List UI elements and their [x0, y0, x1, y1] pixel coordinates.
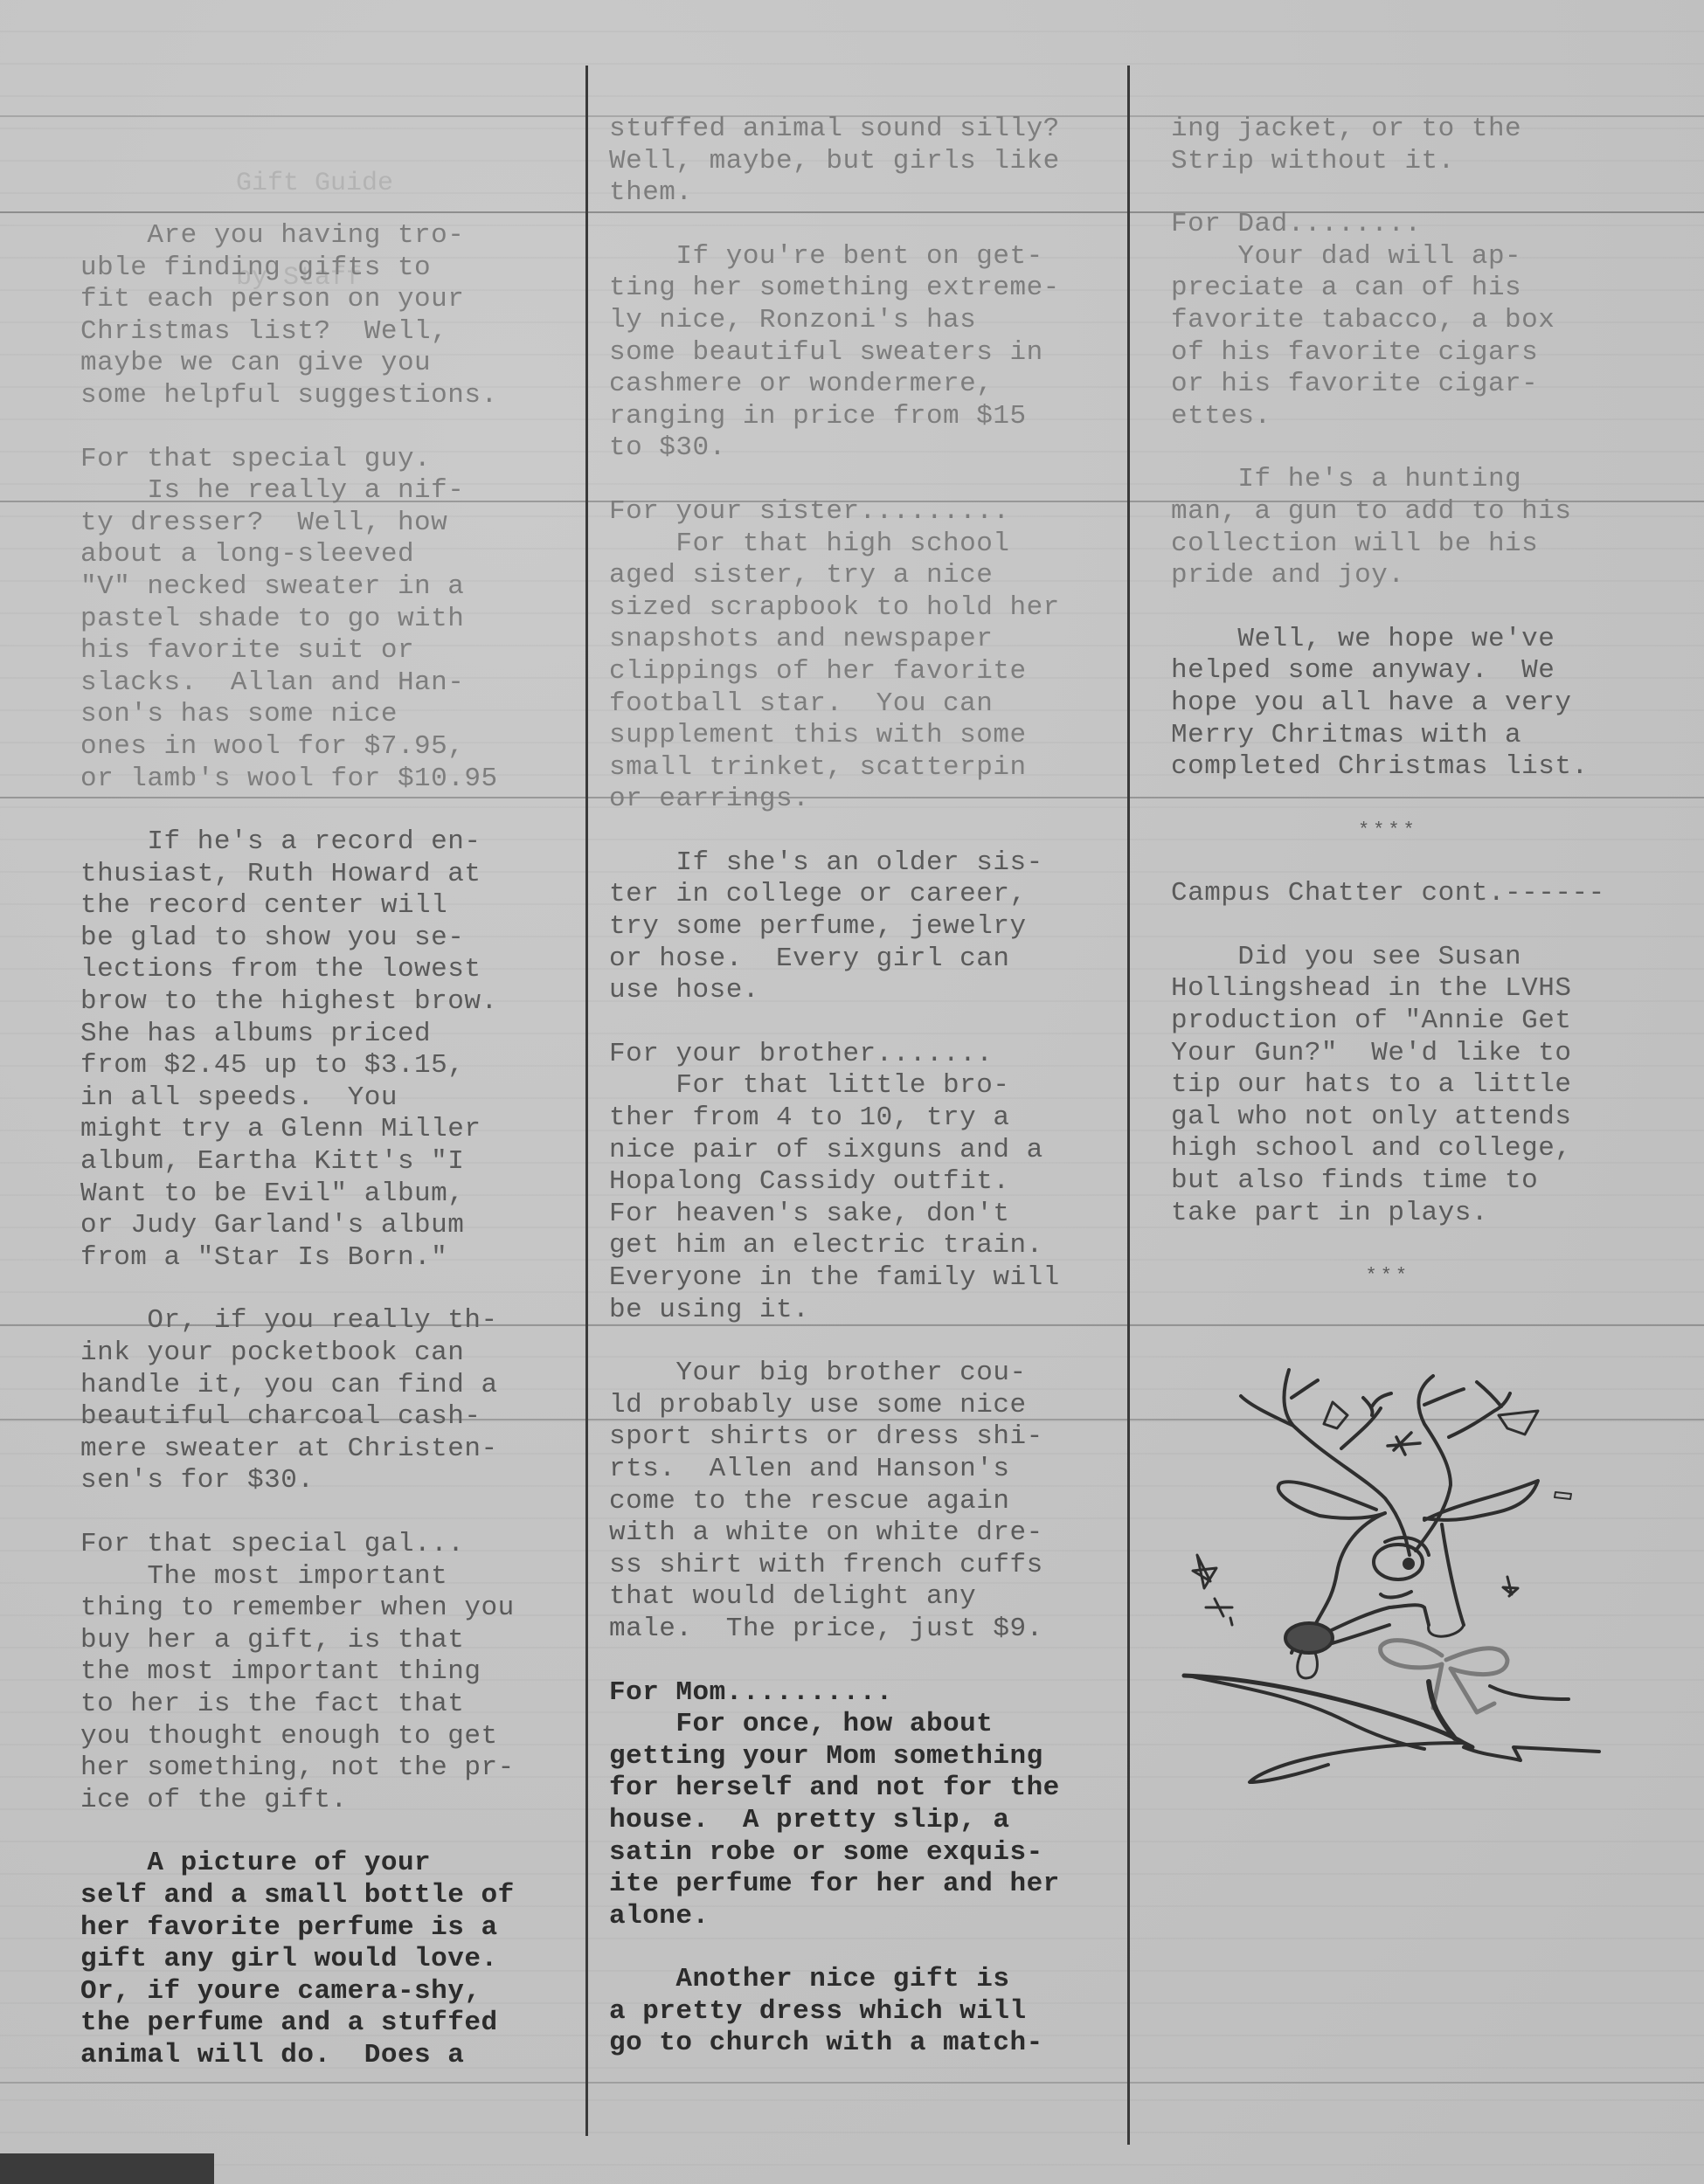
- paragraph: For Mom.......... For once, how aboutget…: [609, 1677, 1060, 1933]
- paragraph: Your big brother cou-ld probably use som…: [609, 1358, 1060, 1645]
- paragraph: stuffed animal sound silly?Well, maybe, …: [609, 114, 1060, 210]
- section-separator: ****: [1171, 815, 1605, 847]
- text-line: thing to remember when you: [80, 1593, 515, 1625]
- paragraph: If you're bent on get-ting her something…: [609, 241, 1060, 465]
- text-line: ly nice, Ronzoni's has: [609, 305, 1060, 337]
- scan-edge-mark: [0, 2153, 214, 2184]
- text-line: For that high school: [609, 529, 1060, 561]
- text-line: pride and joy.: [1171, 560, 1605, 592]
- tongue-icon: [1298, 1651, 1318, 1678]
- text-line: take part in plays.: [1171, 1198, 1605, 1230]
- text-line: handle it, you can find a: [80, 1370, 515, 1402]
- text-line: Want to be Evil" album,: [80, 1178, 515, 1211]
- text-line: Merry Chritmas with a: [1171, 720, 1605, 752]
- text-line: For once, how about: [609, 1709, 1060, 1741]
- text-line: ter in college or career,: [609, 879, 1060, 911]
- text-line: gal who not only attends: [1171, 1102, 1605, 1134]
- text-line: completed Christmas list.: [1171, 751, 1605, 784]
- text-line: or his favorite cigar-: [1171, 369, 1605, 401]
- text-line: some helpful suggestions.: [80, 380, 515, 412]
- text-line: For that special guy.: [80, 444, 515, 476]
- text-line: Campus Chatter cont.------: [1171, 878, 1605, 910]
- text-line: Is he really a nif-: [80, 475, 515, 508]
- text-line: ink your pocketbook can: [80, 1337, 515, 1370]
- text-line: of his favorite cigars: [1171, 337, 1605, 370]
- text-line: that would delight any: [609, 1581, 1060, 1614]
- text-line: you thought enough to get: [80, 1721, 515, 1753]
- star-icon: [1206, 1599, 1232, 1625]
- antler-left-icon: [1285, 1370, 1410, 1555]
- paragraph: ing jacket, or to theStrip without it.: [1171, 114, 1605, 177]
- paragraph: Or, if you really th-ink your pocketbook…: [80, 1305, 515, 1497]
- text-line: sized scrapbook to hold her: [609, 592, 1060, 625]
- text-line: from a "Star Is Born.": [80, 1242, 515, 1275]
- text-line: or lamb's wool for $10.95: [80, 764, 515, 796]
- text-line: Did you see Susan: [1171, 942, 1605, 974]
- star-icon: [1388, 1433, 1420, 1455]
- text-line: Well, maybe, but girls like: [609, 146, 1060, 178]
- text-line: use hose.: [609, 975, 1060, 1007]
- text-line: Your dad will ap-: [1171, 241, 1605, 273]
- text-line: his favorite suit or: [80, 635, 515, 667]
- text-line: house. A pretty slip, a: [609, 1805, 1060, 1837]
- text-line: A picture of your: [80, 1848, 515, 1880]
- text-line: man, a gun to add to his: [1171, 496, 1605, 529]
- text-line: "V" necked sweater in a: [80, 571, 515, 604]
- text-line: sen's for $30.: [80, 1465, 515, 1497]
- text-line: ice of the gift.: [80, 1785, 515, 1817]
- text-line: helped some anyway. We: [1171, 655, 1605, 688]
- text-line: snapshots and newspaper: [609, 624, 1060, 656]
- text-line: high school and college,: [1171, 1133, 1605, 1165]
- separator-stars: ***: [1171, 1261, 1605, 1293]
- text-line: beautiful charcoal cash-: [80, 1401, 515, 1434]
- text-line: For Dad........: [1171, 209, 1605, 241]
- text-line: lections from the lowest: [80, 954, 515, 986]
- text-line: or earrings.: [609, 784, 1060, 816]
- text-line: go to church with a match-: [609, 2028, 1060, 2060]
- text-line: football star. You can: [609, 688, 1060, 721]
- ear-left-icon: [1278, 1482, 1385, 1518]
- text-line: slacks. Allan and Han-: [80, 667, 515, 700]
- text-line: production of "Annie Get: [1171, 1006, 1605, 1038]
- text-line: get him an electric train.: [609, 1230, 1060, 1262]
- text-line: some beautiful sweaters in: [609, 337, 1060, 370]
- text-line: with a white on white dre-: [609, 1517, 1060, 1550]
- masthead-line: Gift Guide: [236, 168, 393, 199]
- paragraph: Another nice gift isa pretty dress which…: [609, 1964, 1060, 2060]
- text-line: favorite tabacco, a box: [1171, 305, 1605, 337]
- text-line: to $30.: [609, 432, 1060, 465]
- text-line: sport shirts or dress shi-: [609, 1421, 1060, 1454]
- text-line: hope you all have a very: [1171, 688, 1605, 720]
- text-line: ettes.: [1171, 401, 1605, 433]
- text-line: pastel shade to go with: [80, 604, 515, 636]
- separator-stars: ****: [1171, 815, 1605, 847]
- text-line: be using it.: [609, 1295, 1060, 1327]
- section-separator: ***: [1171, 1261, 1605, 1293]
- bell-ornament-icon: [1499, 1411, 1538, 1434]
- text-line: rts. Allen and Hanson's: [609, 1454, 1060, 1486]
- paragraph: If he's a huntingman, a gun to add to hi…: [1171, 464, 1605, 591]
- paragraph: A picture of yourself and a small bottle…: [80, 1848, 515, 2071]
- paragraph: Campus Chatter cont.------: [1171, 878, 1605, 910]
- text-line: cashmere or wondermere,: [609, 369, 1060, 401]
- paragraph: For Dad........ Your dad will ap-preciat…: [1171, 209, 1605, 432]
- column-1: Are you having tro-uble finding gifts to…: [80, 220, 515, 2103]
- text-line: be glad to show you se-: [80, 923, 515, 955]
- text-line: The most important: [80, 1561, 515, 1593]
- star-icon: [1193, 1555, 1216, 1588]
- text-line: her something, not the pr-: [80, 1752, 515, 1785]
- paragraph: If he's a record en-thusiast, Ruth Howar…: [80, 826, 515, 1274]
- text-line: ty dresser? Well, how: [80, 508, 515, 540]
- text-line: Another nice gift is: [609, 1964, 1060, 1996]
- reindeer-illustration: [1162, 1345, 1652, 2027]
- text-line: about a long-sleeved: [80, 539, 515, 571]
- text-line: might try a Glenn Miller: [80, 1114, 515, 1146]
- eye-icon: [1374, 1545, 1423, 1579]
- text-line: but also finds time to: [1171, 1165, 1605, 1198]
- text-line: preciate a can of his: [1171, 273, 1605, 305]
- text-line: thusiast, Ruth Howard at: [80, 859, 515, 891]
- text-line: male. The price, just $9.: [609, 1614, 1060, 1646]
- text-line: collection will be his: [1171, 529, 1605, 561]
- text-line: ld probably use some nice: [609, 1390, 1060, 1422]
- text-line: Christmas list? Well,: [80, 316, 515, 349]
- text-line: in all speeds. You: [80, 1082, 515, 1115]
- text-line: to her is the fact that: [80, 1689, 515, 1721]
- ear-right-icon: [1424, 1481, 1538, 1520]
- text-line: Are you having tro-: [80, 220, 515, 252]
- text-line: Your Gun?" We'd like to: [1171, 1038, 1605, 1070]
- text-line: getting your Mom something: [609, 1741, 1060, 1773]
- text-line: ting her something extreme-: [609, 273, 1060, 305]
- text-line: nice pair of sixguns and a: [609, 1135, 1060, 1167]
- text-line: Or, if you really th-: [80, 1305, 515, 1337]
- text-line: brow to the highest brow.: [80, 986, 515, 1019]
- text-line: ther from 4 to 10, try a: [609, 1102, 1060, 1135]
- bell-ornament-icon: [1324, 1402, 1347, 1428]
- text-line: fit each person on your: [80, 284, 515, 316]
- text-line: Or, if youre camera-shy,: [80, 1976, 515, 2008]
- text-line: If you're bent on get-: [609, 241, 1060, 273]
- text-line: a pretty dress which will: [609, 1996, 1060, 2028]
- text-line: clippings of her favorite: [609, 656, 1060, 688]
- column-divider-1: [585, 66, 588, 2136]
- text-line: ranging in price from $15: [609, 401, 1060, 433]
- text-line: ing jacket, or to the: [1171, 114, 1605, 146]
- text-line: or Judy Garland's album: [80, 1210, 515, 1242]
- text-line: ite perfume for her and her: [609, 1869, 1060, 1901]
- text-line: for herself and not for the: [609, 1773, 1060, 1805]
- text-line: Your big brother cou-: [609, 1358, 1060, 1390]
- text-line: supplement this with some: [609, 720, 1060, 752]
- text-line: Strip without it.: [1171, 146, 1605, 178]
- text-line: the record center will: [80, 890, 515, 923]
- paragraph: For your sister......... For that high s…: [609, 496, 1060, 816]
- paragraph: For that special guy. Is he really a nif…: [80, 444, 515, 796]
- text-line: the perfume and a stuffed: [80, 2008, 515, 2040]
- text-line: animal will do. Does a: [80, 2040, 515, 2072]
- text-line: ones in wool for $7.95,: [80, 731, 515, 764]
- text-line: uble finding gifts to: [80, 252, 515, 285]
- nose-icon: [1285, 1623, 1333, 1653]
- text-line: come to the rescue again: [609, 1486, 1060, 1518]
- text-line: mere sweater at Christen-: [80, 1434, 515, 1466]
- text-line: or hose. Every girl can: [609, 943, 1060, 976]
- text-line: For your sister.........: [609, 496, 1060, 529]
- text-line: buy her a gift, is that: [80, 1625, 515, 1657]
- paragraph: For your brother....... For that little …: [609, 1039, 1060, 1326]
- text-line: maybe we can give you: [80, 348, 515, 380]
- paragraph: Are you having tro-uble finding gifts to…: [80, 220, 515, 412]
- text-line: For that special gal...: [80, 1529, 515, 1561]
- text-line: her favorite perfume is a: [80, 1912, 515, 1945]
- text-line: from $2.45 up to $3.15,: [80, 1050, 515, 1082]
- text-line: If he's a hunting: [1171, 464, 1605, 496]
- text-line: Well, we hope we've: [1171, 624, 1605, 656]
- text-line: aged sister, try a nice: [609, 560, 1060, 592]
- text-line: album, Eartha Kitt's "I: [80, 1146, 515, 1178]
- text-line: ss shirt with french cuffs: [609, 1550, 1060, 1582]
- text-line: alone.: [609, 1901, 1060, 1933]
- text-line: satin robe or some exquis-: [609, 1837, 1060, 1870]
- text-line: For that little bro-: [609, 1070, 1060, 1102]
- star-icon: [1503, 1577, 1518, 1596]
- text-line: For heaven's sake, don't: [609, 1199, 1060, 1231]
- text-line: If she's an older sis-: [609, 847, 1060, 880]
- text-line: them.: [609, 177, 1060, 210]
- text-line: the most important thing: [80, 1656, 515, 1689]
- text-line: try some perfume, jewelry: [609, 911, 1060, 943]
- paragraph: For that special gal... The most importa…: [80, 1529, 515, 1816]
- newsletter-page: Gift Guide by Staff Are you having tro-u…: [0, 0, 1704, 2184]
- column-divider-2: [1127, 66, 1130, 2145]
- text-line: If he's a record en-: [80, 826, 515, 859]
- column-2: stuffed animal sound silly?Well, maybe, …: [609, 114, 1060, 2091]
- text-line: stuffed animal sound silly?: [609, 114, 1060, 146]
- text-line: gift any girl would love.: [80, 1944, 515, 1976]
- text-line: Hopalong Cassidy outfit.: [609, 1166, 1060, 1199]
- text-line: tip our hats to a little: [1171, 1069, 1605, 1102]
- text-line: She has albums priced: [80, 1019, 515, 1051]
- paragraph: Well, we hope we'vehelped some anyway. W…: [1171, 624, 1605, 784]
- text-line: Everyone in the family will: [609, 1262, 1060, 1295]
- text-line: For your brother.......: [609, 1039, 1060, 1071]
- bow-icon: [1381, 1641, 1507, 1712]
- column-3: ing jacket, or to theStrip without it.Fo…: [1171, 114, 1605, 1324]
- text-line: Hollingshead in the LVHS: [1171, 973, 1605, 1006]
- text-line: self and a small bottle of: [80, 1880, 515, 1912]
- text-line: small trinket, scatterpin: [609, 752, 1060, 784]
- text-line: For Mom..........: [609, 1677, 1060, 1710]
- paragraph: Did you see SusanHollingshead in the LVH…: [1171, 942, 1605, 1229]
- text-line: son's has some nice: [80, 699, 515, 731]
- paragraph: If she's an older sis-ter in college or …: [609, 847, 1060, 1007]
